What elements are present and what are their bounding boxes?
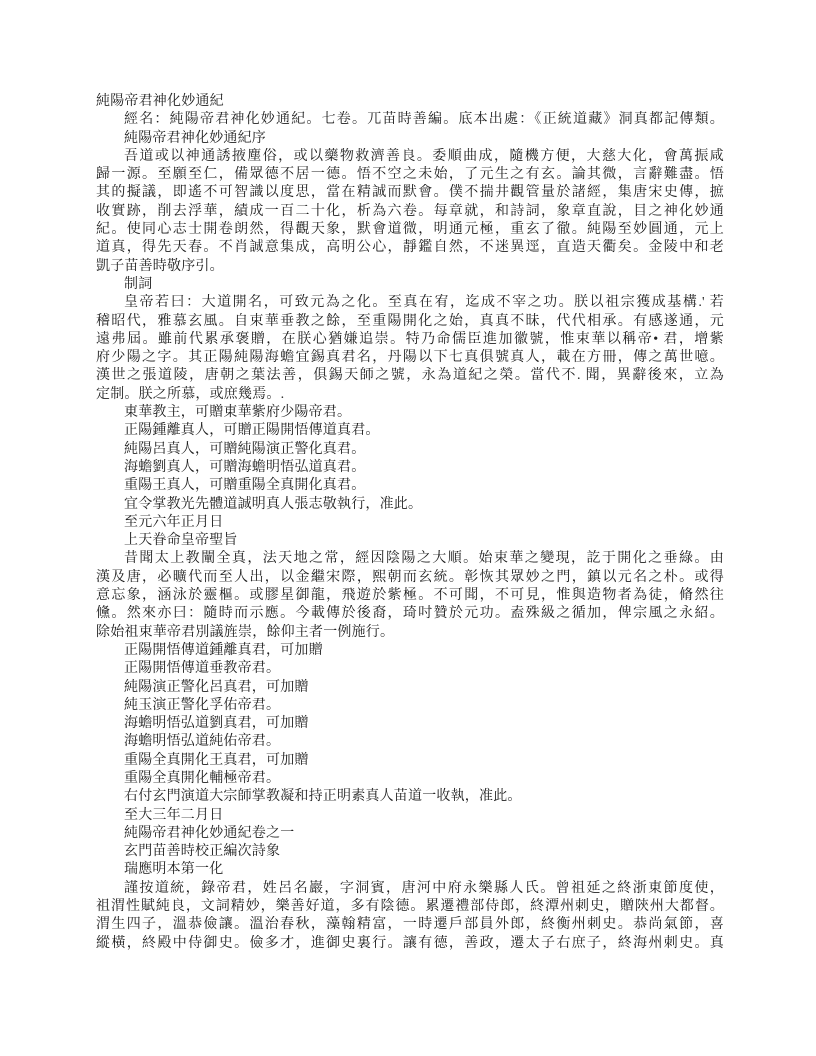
text-line: 重陽王真人，可贈重陽全真開化真君。 [96, 477, 724, 495]
text-line: 右付玄門演道大宗師掌教凝和持正明素真人苗道一收執，准此。 [96, 788, 724, 806]
text-line: 漢世之張道陵，唐朝之葉法善，俱錫天師之號，永為道紀之榮。當代不. 聞，異辭後來，… [96, 367, 724, 385]
text-line: 除始祖束華帝君別議旌崇，餘仰主者一例施行。 [96, 624, 724, 642]
document-page: 純陽帝君神化妙通紀經名：純陽帝君神化妙通紀。七卷。兀苗時善編。底本出處：《正統道… [0, 0, 816, 1056]
text-line: 意忘象，涵泳於靈樞。或膠星御龍，飛遊於紫極。不可聞，不可見，惟與造物者為徒，脩然… [96, 587, 724, 605]
text-line: 吾道或以神通誘掖塵俗，或以藥物救濟善良。委順曲成，隨機方便，大慈大化，會萬振咸 [96, 148, 724, 166]
text-line: 其的擬議，即遙不可智識以度思，當在精誠而默會。僕不揣井觀管量於諸經，集唐宋史傳，… [96, 184, 724, 202]
text-line: 遠弗屆。雖前代累承褒贈，在朕心猶嫌追崇。特乃命儒臣進加徽號，惟束華以稱帝• 君，… [96, 331, 724, 349]
text-line: 純陽呂真人，可贈純陽演正警化真君。 [96, 441, 724, 459]
text-line: 純陽帝君神化妙通紀序 [96, 130, 724, 148]
text-line: 上天眷命皇帝聖旨 [96, 532, 724, 550]
text-line: 稽昭代，雅慕玄風。自束華垂教之餘，至重陽開化之始，真真不昧，代代相承。有感遂通，… [96, 313, 724, 331]
text-line: 紀。使同心志士開卷朗然，得觀天象，默會道微，明通元極，重玄了徹。純陽至妙圓通，元… [96, 221, 724, 239]
text-line: 重陽全真開化輔極帝君。 [96, 770, 724, 788]
text-line: 至大三年二月日 [96, 807, 724, 825]
text-line: 收實跡，削去浮華，績成一百二十化，析為六卷。每章就，和詩詞，象章直說，目之神化妙… [96, 203, 724, 221]
text-line: 純玉演正警化孚佑帝君。 [96, 697, 724, 715]
text-line: 海蟾明悟弘道純佑帝君。 [96, 733, 724, 751]
text-line: 祖渭性賦純良，文詞精妙，樂善好道，多有陰德。累遷禮部侍郎，終潭州刺史，贈陝州大都… [96, 898, 724, 916]
text-line: 歸一源。至願至仁，備眾德不居一德。悟不空之未始，了元生之有玄。論其微，言辭難盡。… [96, 166, 724, 184]
text-line: 海蟾劉真人，可贈海蟾明悟弘道真君。 [96, 459, 724, 477]
text-line: 凱子苗善時敬序引。 [96, 258, 724, 276]
document-title-line: 純陽帝君神化妙通紀 [96, 93, 724, 111]
text-line: 正陽開悟傳道鍾離真君，可加贈 [96, 642, 724, 660]
text-line: 正陽開悟傳道垂教帝君。 [96, 660, 724, 678]
text-line: 渭生四子，溫恭儉讓。溫治春秋，藻翰精富，一時遷戶部員外郎，終衡州刺史。恭尚氣節，… [96, 916, 724, 934]
text-line: 漢及唐，必曠代而至人出，以金繼宋際，熙朝而玄統。彰恢其眾妙之門，鎮以元名之朴。或… [96, 569, 724, 587]
text-line: 昔聞太上教闡全真，法天地之常，經因陰陽之大順。始束華之變現，訖于開化之垂綠。由 [96, 550, 724, 568]
text-line: 謹按道統，錄帝君，姓呂名巖，字洞賓，唐河中府永樂縣人氏。曾祖延之終浙東節度使， [96, 880, 724, 898]
text-line: 正陽鍾離真人，可贈正陽開悟傳道真君。 [96, 422, 724, 440]
text-line: 純陽演正警化呂真君，可加贈 [96, 679, 724, 697]
text-line: 道真，得先天春。不肖誠意集成，高明公心，靜鑑自然，不迷異逕，直造天衢矣。金陵中和… [96, 239, 724, 257]
document-body: 純陽帝君神化妙通紀經名：純陽帝君神化妙通紀。七卷。兀苗時善編。底本出處：《正統道… [96, 93, 724, 953]
text-line: 玄門苗善時校正編次詩象 [96, 843, 724, 861]
text-line: 宜令掌教光先體道誠明真人張志敬執行，准此。 [96, 496, 724, 514]
document-page-background: { "page": { "background_color": "#ffffff… [0, 0, 816, 1056]
text-line: 制詞 [96, 276, 724, 294]
text-line: 經名：純陽帝君神化妙通紀。七卷。兀苗時善編。底本出處：《正統道藏》洞真都記傳類。 [96, 111, 724, 129]
text-line: 府少陽之字。其正陽純陽海蟾宜錫真君名，丹陽以下七真俱號真人，載在方冊，傳之萬世噫… [96, 349, 724, 367]
text-line: 瑞應明本第一化 [96, 861, 724, 879]
text-line: 海蟾明悟弘道劉真君，可加贈 [96, 715, 724, 733]
text-line: 定制。朕之所慕，或庶幾焉。. [96, 386, 724, 404]
text-line: 至元六年正月日 [96, 514, 724, 532]
text-line: 純陽帝君神化妙通紀卷之一 [96, 825, 724, 843]
text-line: 皇帝若曰：大道開名，可致元為之化。至真在宥，迄成不宰之功。朕以祖宗獲成基構.' … [96, 294, 724, 312]
text-line: 儵。然來亦曰：隨時而示應。今載傳於後裔，琦吋贊於元功。盍殊級之循加，俾宗風之永紹… [96, 605, 724, 623]
text-line: 縱橫，終殿中侍御史。儉多才，進御史裏行。讓有德，善政，遷太子右庶子，終海州刺史。… [96, 935, 724, 953]
text-line: 東華教主，可贈東華紫府少陽帝君。 [96, 404, 724, 422]
text-line: 重陽全真開化王真君，可加贈 [96, 752, 724, 770]
